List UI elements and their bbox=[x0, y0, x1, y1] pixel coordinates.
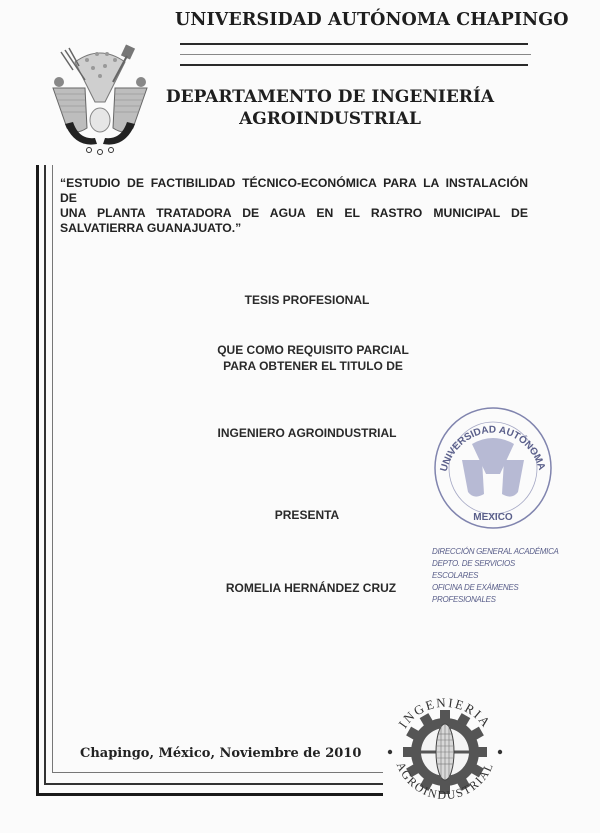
header-rule-thick-bottom bbox=[180, 64, 528, 66]
stamp-text: DIRECCIÓN GENERAL ACADÉMICA DEPTO. DE SE… bbox=[432, 546, 562, 606]
border-line-outer bbox=[36, 165, 39, 795]
bottom-border-line-outer bbox=[36, 793, 383, 796]
place-and-date: Chapingo, México, Noviembre de 2010 bbox=[80, 746, 361, 761]
department-line-1: DEPARTAMENTO DE INGENIERÍA bbox=[160, 86, 500, 108]
gear-corn-icon: INGENIERIA AGROINDUSTRIAL bbox=[380, 686, 510, 820]
chapingo-crest-icon bbox=[45, 40, 155, 160]
stamp-line: DIRECCIÓN GENERAL ACADÉMICA bbox=[432, 546, 562, 558]
stamp-line: DEPTO. DE SERVICIOS ESCOLARES bbox=[432, 558, 562, 582]
thesis-type: TESIS PROFESIONAL bbox=[82, 293, 532, 307]
department-line-2: AGROINDUSTRIAL bbox=[160, 108, 500, 130]
requirement-line-1: QUE COMO REQUISITO PARCIAL bbox=[88, 342, 538, 358]
thesis-title: “ESTUDIO DE FACTIBILIDAD TÉCNICO-ECONÓMI… bbox=[60, 176, 528, 236]
header-rule-thick-top bbox=[180, 43, 528, 45]
requirement-text: QUE COMO REQUISITO PARCIAL PARA OBTENER … bbox=[88, 342, 538, 374]
thesis-title-line: “ESTUDIO DE FACTIBILIDAD TÉCNICO-ECONÓMI… bbox=[60, 176, 528, 206]
bottom-border-line-inner bbox=[52, 772, 383, 773]
thesis-title-line: SALVATIERRA GUANAJUATO.” bbox=[60, 221, 528, 236]
university-name: UNIVERSIDAD AUTÓNOMA CHAPINGO bbox=[175, 10, 569, 30]
official-stamp-icon: UNIVERSIDAD AUTÓNOMA CHAPINGO MEXICO bbox=[432, 404, 554, 530]
header-rule-thin bbox=[180, 54, 531, 55]
bottom-border-line-middle bbox=[44, 783, 383, 785]
stamp-line: OFICINA DE EXÁMENES PROFESIONALES bbox=[432, 582, 562, 606]
thesis-title-line: UNA PLANTA TRATADORA DE AGUA EN EL RASTR… bbox=[60, 206, 528, 221]
requirement-line-2: PARA OBTENER EL TITULO DE bbox=[88, 358, 538, 374]
border-line-middle bbox=[44, 165, 46, 785]
stamp-bottom-text: MEXICO bbox=[473, 512, 513, 523]
border-line-inner bbox=[52, 165, 53, 773]
department-name: DEPARTAMENTO DE INGENIERÍA AGROINDUSTRIA… bbox=[160, 86, 500, 130]
